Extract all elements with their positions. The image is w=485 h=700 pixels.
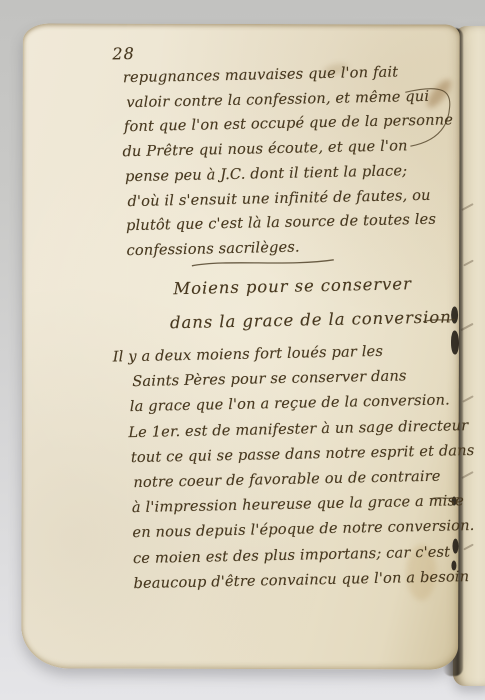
- facing-page-ink-trace: [463, 260, 474, 267]
- ink-flourish: [430, 493, 460, 504]
- section-heading-line2: dans la grace de la conversion: [170, 307, 452, 332]
- paragraph-moiens: Il y a deux moiens fort loués par les Sa…: [129, 337, 476, 596]
- photo-of-manuscript: 28 repugnances mauvaises que l'on fait v…: [0, 0, 485, 700]
- section-heading-line1: Moiens pour se conserver: [173, 274, 412, 298]
- ink-flourish: [403, 81, 454, 152]
- flourish-underline: [189, 256, 337, 271]
- ink-flourish: [422, 315, 456, 326]
- manuscript-page: 28 repugnances mauvaises que l'on fait v…: [21, 23, 460, 669]
- handwriting-layer: 28 repugnances mauvaises que l'on fait v…: [16, 15, 466, 669]
- page-number: 28: [112, 44, 135, 63]
